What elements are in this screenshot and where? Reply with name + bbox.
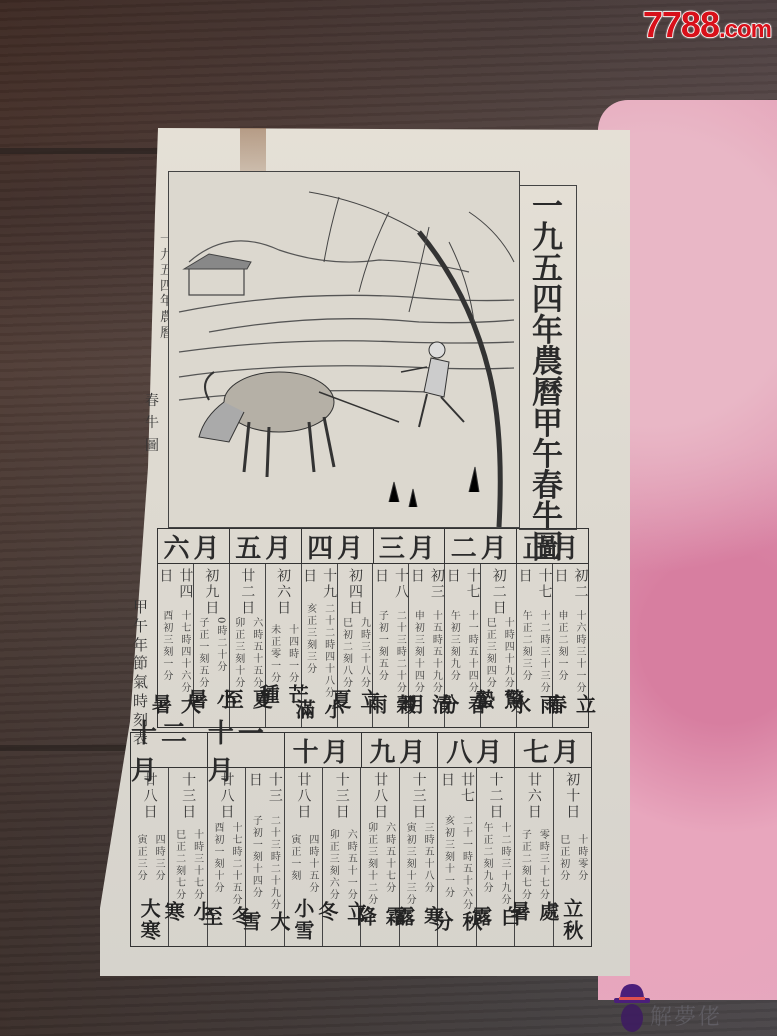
term-name: 大寒 [135, 898, 164, 942]
spring-ox-plowing-illustration [168, 171, 520, 528]
term-ke-time: 申正二刻一分 [554, 610, 569, 694]
term-time-block: 二十三時二十分子初一刻五分 [374, 610, 407, 694]
term-day: 廿八日 [216, 772, 236, 822]
char: 牛 [145, 412, 159, 434]
term-day: 初三日 [407, 568, 447, 610]
term-ke-time: 申初三刻十四分 [410, 610, 425, 694]
title-char: 甲 [532, 409, 563, 440]
term-time-block: 十四時一分未正零一分 [267, 624, 300, 684]
title-char: 春 [532, 471, 563, 502]
char: 年 [133, 636, 148, 655]
term-clock-time: 六時五十一分 [343, 829, 358, 901]
term-clock-time: 十一時五十四分 [464, 610, 479, 694]
term-clock-time: 十五時五十九分 [428, 610, 443, 694]
month-header-cell: 十二月 [131, 733, 207, 767]
char: 甲 [133, 598, 148, 617]
term-day: 十七日 [443, 568, 483, 610]
term-clock-time: 十時四十九分 [500, 617, 515, 689]
term-columns: 初二日十六時三十一分申正二刻一分立春十七日十二時三十三分午正二刻三分雨水初二日十… [158, 564, 588, 727]
term-ke-time: 巳正二刻七分 [172, 829, 187, 901]
title-char: 五 [532, 254, 563, 285]
term-time-block: 十二時三十九分午正二刻九分 [479, 822, 512, 906]
solar-term-column: 廿四日十七時四十六分酉初三刻一分大暑 [158, 564, 193, 727]
board-seam [0, 148, 160, 154]
term-time-block: 十二時三十三分午正二刻三分 [518, 610, 551, 694]
term-clock-time: 二十三時二十分 [392, 610, 407, 694]
month-header-cell: 六月 [158, 529, 229, 563]
term-time-block: 十時四十九分巳正三刻四分 [482, 617, 515, 689]
term-ke-time: 卯正三刻十分 [231, 617, 246, 689]
term-day: 初四日 [345, 568, 365, 617]
term-clock-time: 零時三十七分 [535, 829, 550, 901]
term-ke-time: 卯正三刻十二分 [364, 822, 379, 906]
char: 氣 [133, 673, 148, 692]
month-header-cell: 二月 [444, 529, 516, 563]
char: 圖 [145, 435, 159, 457]
term-ke-time: 子初一刻五分 [374, 610, 389, 694]
term-time-block: 十五時五十九分申初三刻十四分 [410, 610, 443, 694]
title-char: 一 [532, 192, 563, 223]
term-columns: 初十日十時零分巳正初分立秋廿六日零時三十七分子正二刻七分處暑十二日十二時三十九分… [131, 768, 591, 946]
term-clock-time: 十二時三十九分 [497, 822, 512, 906]
term-clock-time: 十四時一分 [285, 624, 300, 684]
term-day: 初六日 [273, 568, 293, 624]
page-title-vertical: 一 九 五 四 年 農 曆 甲 午 春 牛 圖 [519, 185, 577, 530]
term-clock-time: 四時十五分 [305, 834, 320, 898]
title-char: 四 [532, 285, 563, 316]
term-ke-time: 午正二刻九分 [479, 822, 494, 906]
title-char: 農 [532, 347, 563, 378]
term-time-block: 六時五十一分卯正三刻六分 [325, 829, 358, 901]
title-char: 九 [532, 223, 563, 254]
term-clock-time: 十時三十七分 [190, 829, 205, 901]
term-time-block: 十六時三十一分申正二刻一分 [554, 610, 587, 694]
term-clock-time: 二十一時五十六分 [459, 815, 474, 911]
month-header-row: 正月二月三月四月五月六月 [158, 529, 588, 564]
month-header-cell: 三月 [373, 529, 445, 563]
solar-term-column: 廿八日四時三分寅正三分大寒 [131, 768, 168, 946]
month-header-cell: 正月 [516, 529, 588, 563]
term-time-block: 十時三十七分巳正二刻七分 [172, 829, 205, 901]
solar-term-column: 十三日六時五十一分卯正三刻六分立冬 [322, 768, 360, 946]
term-ke-time: 子正一刻五分 [195, 617, 210, 689]
month-header-row: 七月八月九月十月十一月十二月 [131, 733, 591, 768]
month-header-cell: 七月 [514, 733, 591, 767]
term-ke-time: 巳正初分 [556, 834, 571, 898]
term-time-block: 四時十五分寅正一刻 [287, 834, 320, 898]
month-header-cell: 四月 [301, 529, 373, 563]
term-time-block: 六時五十七分卯正三刻十二分 [364, 822, 397, 906]
month-header-cell: 五月 [229, 529, 301, 563]
term-day: 十二日 [485, 772, 505, 822]
title-char: 午 [532, 440, 563, 471]
term-day: 十三日 [178, 772, 198, 829]
term-clock-time: 十二時三十三分 [536, 610, 551, 694]
term-clock-time: 六時五十五分 [249, 617, 264, 689]
term-day: 十三日 [409, 772, 429, 822]
term-clock-time: 十時零分 [574, 834, 589, 898]
term-day: 十九日 [299, 568, 339, 603]
term-clock-time: 九時三十八分 [357, 617, 372, 689]
term-ke-time: 寅初三刻十三分 [402, 822, 417, 906]
term-clock-time: 0時二十分 [213, 617, 228, 689]
month-header-cell: 九月 [361, 733, 438, 767]
term-time-block: 三時五十八分寅初三刻十三分 [402, 822, 435, 906]
term-day: 十七日 [515, 568, 555, 610]
term-day: 初二日 [489, 568, 509, 617]
bottom-watermark-text: 解夢佬 [650, 1000, 722, 1031]
term-ke-time: 子正二刻七分 [517, 829, 532, 901]
term-time-block: 九時三十八分巳初二刻八分 [339, 617, 372, 689]
watermark-site: 7788 [643, 4, 719, 45]
month-header-cell: 十月 [284, 733, 361, 767]
term-time-block: 十時零分巳正初分 [556, 834, 589, 898]
term-ke-time: 未正零一分 [267, 624, 282, 684]
term-clock-time: 六時五十七分 [382, 822, 397, 906]
term-day: 廿四日 [155, 568, 195, 610]
term-time-block: 十七時二十五分酉初一刻十分 [210, 822, 243, 906]
term-day: 廿八日 [370, 772, 390, 822]
term-ke-time: 卯正三刻六分 [325, 829, 340, 901]
term-day: 十三日 [245, 772, 285, 815]
term-ke-time: 午初三刻九分 [446, 610, 461, 694]
term-clock-time: 十七時二十五分 [228, 822, 243, 906]
term-day: 初九日 [201, 568, 221, 617]
term-ke-time: 亥初三刻十一分 [441, 815, 456, 911]
term-ke-time: 午正二刻三分 [518, 610, 533, 694]
term-day: 十八日 [371, 568, 411, 610]
title-char: 曆 [532, 378, 563, 409]
term-time-block: 十一時五十四分午初三刻九分 [446, 610, 479, 694]
term-day: 初十日 [562, 772, 582, 834]
term-day: 廿八日 [140, 772, 160, 834]
term-clock-time: 十六時三十一分 [572, 610, 587, 694]
char: 春 [145, 390, 159, 412]
term-day: 廿七日 [437, 772, 477, 815]
term-clock-time: 二十三時二十九分 [266, 815, 281, 911]
term-time-block: 二十一時五十六分亥初三刻十一分 [441, 815, 474, 911]
char: 午 [133, 617, 148, 636]
term-day: 廿二日 [237, 568, 257, 617]
term-clock-time: 二十二時四十八分 [321, 603, 336, 699]
month-header-cell: 八月 [437, 733, 514, 767]
term-time-block: 0時二十分子正一刻五分 [195, 617, 228, 689]
term-clock-time: 十七時四十六分 [177, 610, 192, 694]
title-char: 年 [532, 316, 563, 347]
month-header-cell: 十一月 [207, 733, 284, 767]
term-ke-time: 子初一刻十四分 [248, 815, 263, 911]
term-time-block: 四時三分寅正三分 [133, 834, 166, 898]
watermark-tld: .com [719, 16, 771, 43]
term-day: 廿六日 [524, 772, 544, 829]
solar-terms-table-first-half: 正月二月三月四月五月六月 初二日十六時三十一分申正二刻一分立春十七日十二時三十三… [157, 528, 589, 728]
term-day: 初二日 [551, 568, 591, 610]
term-ke-time: 酉初一刻十分 [210, 822, 225, 906]
term-ke-time: 巳正三刻四分 [482, 617, 497, 689]
ox-plowing-drawing-icon [169, 172, 519, 527]
char: 節 [133, 654, 148, 673]
site-watermark: 7788.com [643, 4, 771, 46]
solar-terms-table-second-half: 七月八月九月十月十一月十二月 初十日十時零分巳正初分立秋廿六日零時三十七分子正二… [130, 732, 592, 947]
term-day: 廿八日 [293, 772, 313, 834]
term-clock-time: 四時三分 [151, 834, 166, 898]
hat-man-logo-icon [612, 978, 652, 1036]
term-time-block: 六時五十五分卯正三刻十分 [231, 617, 264, 689]
term-ke-time: 酉初三刻一分 [159, 610, 174, 694]
term-day: 十三日 [332, 772, 352, 829]
term-clock-time: 三時五十八分 [420, 822, 435, 906]
term-time-block: 二十三時二十九分子初一刻十四分 [248, 815, 281, 911]
term-ke-time: 寅正一刻 [287, 834, 302, 898]
solar-term-column: 十三日十時三十七分巳正二刻七分小寒 [168, 768, 206, 946]
term-time-block: 零時三十七分子正二刻七分 [517, 829, 550, 901]
term-time-block: 十七時四十六分酉初三刻一分 [159, 610, 192, 694]
term-ke-time: 巳初二刻八分 [339, 617, 354, 689]
side-label-spring-ox: 春 牛 圖 [145, 390, 159, 457]
term-ke-time: 寅正三分 [133, 834, 148, 898]
